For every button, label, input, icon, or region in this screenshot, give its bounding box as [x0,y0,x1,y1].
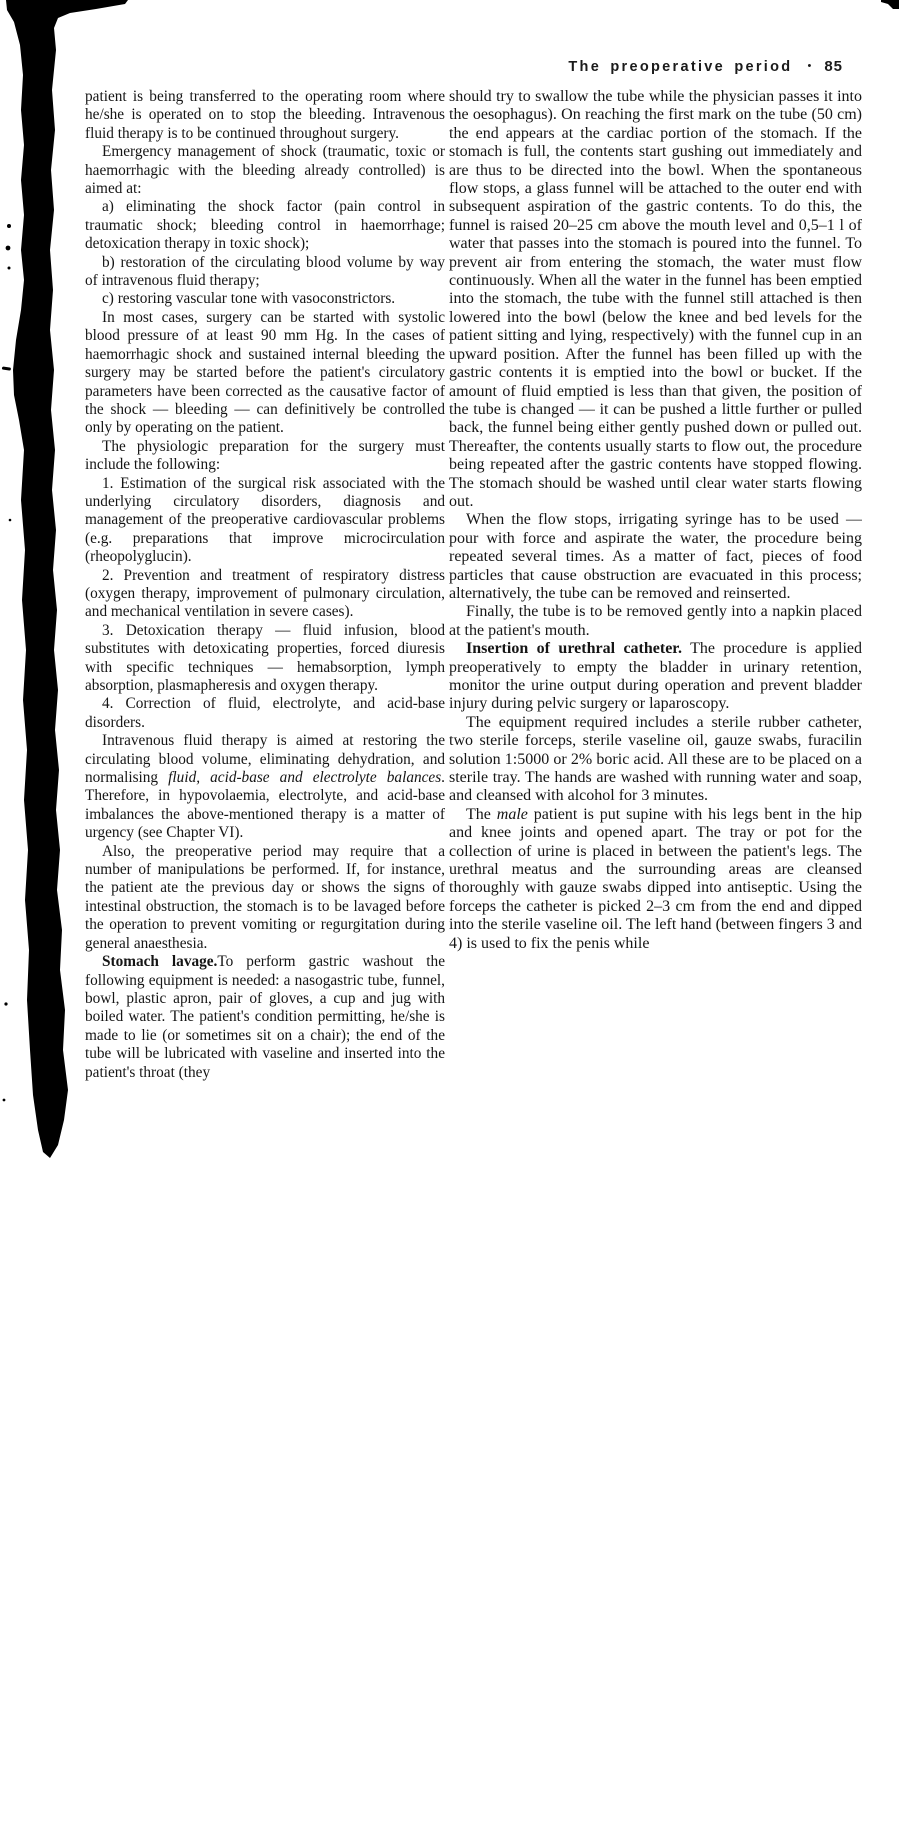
bullet-separator-icon: • [807,60,811,72]
page-number: 85 [824,58,843,75]
left-column: patient is being transferred to the oper… [85,88,445,1133]
paragraph: When the flow stops, irrigating syringe … [449,511,862,603]
paragraph: Finally, the tube is to be removed gentl… [449,603,862,640]
paragraph: The male patient is put supine with his … [449,806,862,953]
paragraph: 2. Prevention and treatment of respirato… [85,567,445,622]
paragraph: 3. Detoxication therapy — fluid infusion… [85,622,445,696]
paragraph: Insertion of urethral catheter. The proc… [449,640,862,714]
paragraph: a) eliminating the shock factor (pain co… [85,198,445,253]
paragraph: 1. Estimation of the surgical risk assoc… [85,475,445,567]
paragraph: Also, the preoperative period may requir… [85,843,445,953]
running-header-title: The preoperative period [568,59,792,75]
paragraph: 4. Correction of fluid, electrolyte, and… [85,695,445,732]
paragraph: In most cases, surgery can be started wi… [85,309,445,438]
paragraph: Intravenous fluid therapy is aimed at re… [85,732,445,842]
paragraph: Stomach lavage.To perform gastric washou… [85,953,445,1082]
paragraph: should try to swallow the tube while the… [449,88,862,511]
paragraph: patient is being transferred to the oper… [85,88,445,143]
book-page: The preoperative period•85 patient is be… [0,0,899,1836]
scan-corner-artifact [879,0,899,12]
paragraph: c) restoring vascular tone with vasocons… [85,290,445,308]
paragraph: b) restoration of the circulating blood … [85,254,445,291]
running-header: The preoperative period•85 [449,58,843,76]
paragraph: The physiologic preparation for the surg… [85,438,445,475]
paragraph: The equipment required includes a steril… [449,714,862,806]
paragraph: Emergency management of shock (traumatic… [85,143,445,198]
right-column: should try to swallow the tube while the… [449,88,862,1133]
